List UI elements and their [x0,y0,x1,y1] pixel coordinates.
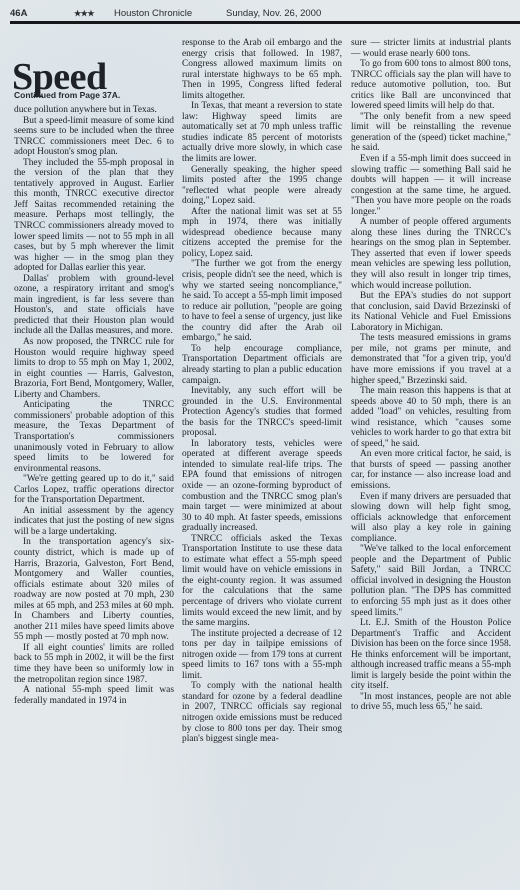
paragraph: "We've talked to the local enforcement p… [351,544,511,618]
paragraph: response to the Arab oil embargo and the… [182,38,342,101]
paragraph: An initial assessment by the agency indi… [14,506,174,538]
jump-line: Continued from Page 37A. [14,90,120,100]
publication-name: Houston Chronicle [114,8,226,19]
page-number: 46A [10,8,74,19]
paragraph: A national 55-mph speed limit was federa… [14,685,174,706]
paragraph: If all eight counties' limits are rolled… [14,643,174,685]
paragraph: In Texas, that meant a reversion to stat… [182,101,342,164]
paragraph: But the EPA's studies do not support tha… [351,291,511,333]
paragraph: sure — stricter limits at industrial pla… [351,38,511,59]
paragraph: They included the 55-mph proposal in the… [14,158,174,274]
paragraph: "The further we got from the energy cris… [182,259,342,343]
paragraph: Dallas' problem with ground-level ozone,… [14,274,174,337]
masthead: 46A ★★★ Houston Chronicle Sunday, Nov. 2… [10,6,518,20]
paragraph: The institute projected a decrease of 12… [182,629,342,682]
paragraph: But a speed-limit measure of some kind s… [14,116,174,158]
paragraph: "The only benefit from a new speed limit… [351,112,511,154]
article-column-3: sure — stricter limits at industrial pla… [351,38,511,713]
paragraph: "We're getting geared up to do it," said… [14,474,174,506]
paragraph: TNRCC officials asked the Texas Transpor… [182,534,342,629]
edition-stars-icon: ★★★ [74,9,114,18]
paragraph: The main reason this happens is that at … [351,386,511,449]
paragraph: After the national limit was set at 55 m… [182,207,342,260]
paragraph: Even if a 55-mph limit does succeed in s… [351,154,511,217]
paragraph: In laboratory tests, vehicles were opera… [182,439,342,534]
paragraph: Generally speaking, the higher speed lim… [182,165,342,207]
masthead-rule-divider [10,21,520,24]
paragraph: A number of people offered arguments alo… [351,217,511,291]
publication-date: Sunday, Nov. 26, 2000 [226,8,321,19]
paragraph: "In most instances, people are not able … [351,692,511,713]
paragraph: To help encourage compliance, Transporta… [182,344,342,386]
paragraph: In the transportation agency's six-count… [14,537,174,642]
paragraph: duce pollution anywhere but in Texas. [14,105,174,116]
paragraph: Lt. E.J. Smith of the Houston Police Dep… [351,618,511,692]
paragraph: The tests measured emissions in grams pe… [351,333,511,386]
article-column-2: response to the Arab oil embargo and the… [182,38,342,745]
paragraph: To comply with the national health stand… [182,681,342,744]
article-column-1: duce pollution anywhere but in Texas. Bu… [14,105,174,706]
paragraph: Inevitably, any such effort will be grou… [182,386,342,439]
paragraph: Even if many drivers are persuaded that … [351,492,511,545]
paragraph: Anticipating the TNRCC commissioners' pr… [14,400,174,474]
paragraph: To go from 600 tons to almost 800 tons, … [351,59,511,112]
paragraph: An even more critical factor, he said, i… [351,449,511,491]
paragraph: As now proposed, the TNRCC rule for Hous… [14,337,174,400]
